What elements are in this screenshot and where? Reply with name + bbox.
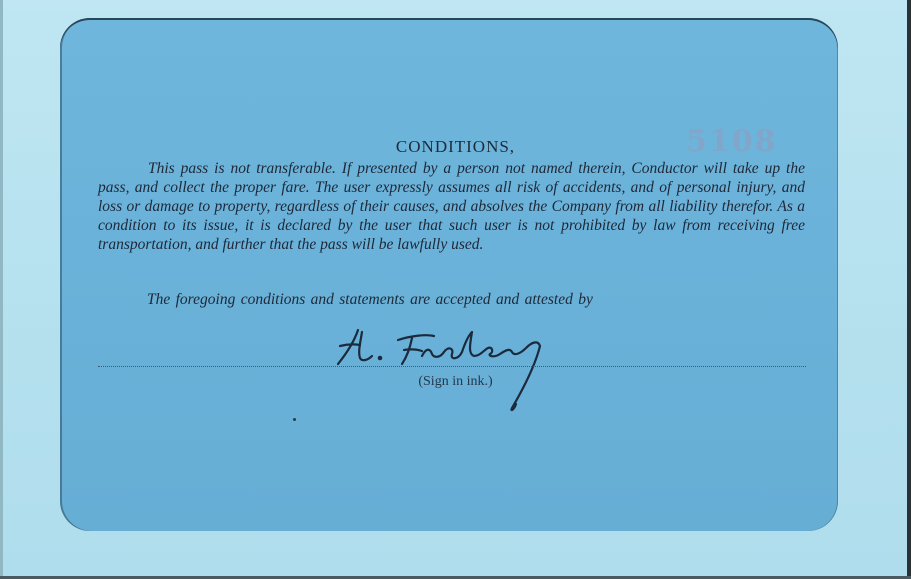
sign-in-ink-caption: (Sign in ink.) [0, 374, 911, 390]
signature-line [98, 366, 806, 367]
handwritten-signature [330, 318, 610, 418]
paper-speck [293, 418, 296, 421]
attestation-statement: The foregoing conditions and statements … [147, 291, 593, 309]
conditions-paragraph: This pass is not transferable. If presen… [98, 160, 805, 255]
conditions-text: This pass is not transferable. If presen… [98, 160, 805, 253]
mount-edge-right [907, 0, 911, 579]
pass-card [60, 18, 838, 531]
mount-edge-left [0, 0, 3, 579]
conditions-heading: CONDITIONS, [0, 137, 911, 157]
